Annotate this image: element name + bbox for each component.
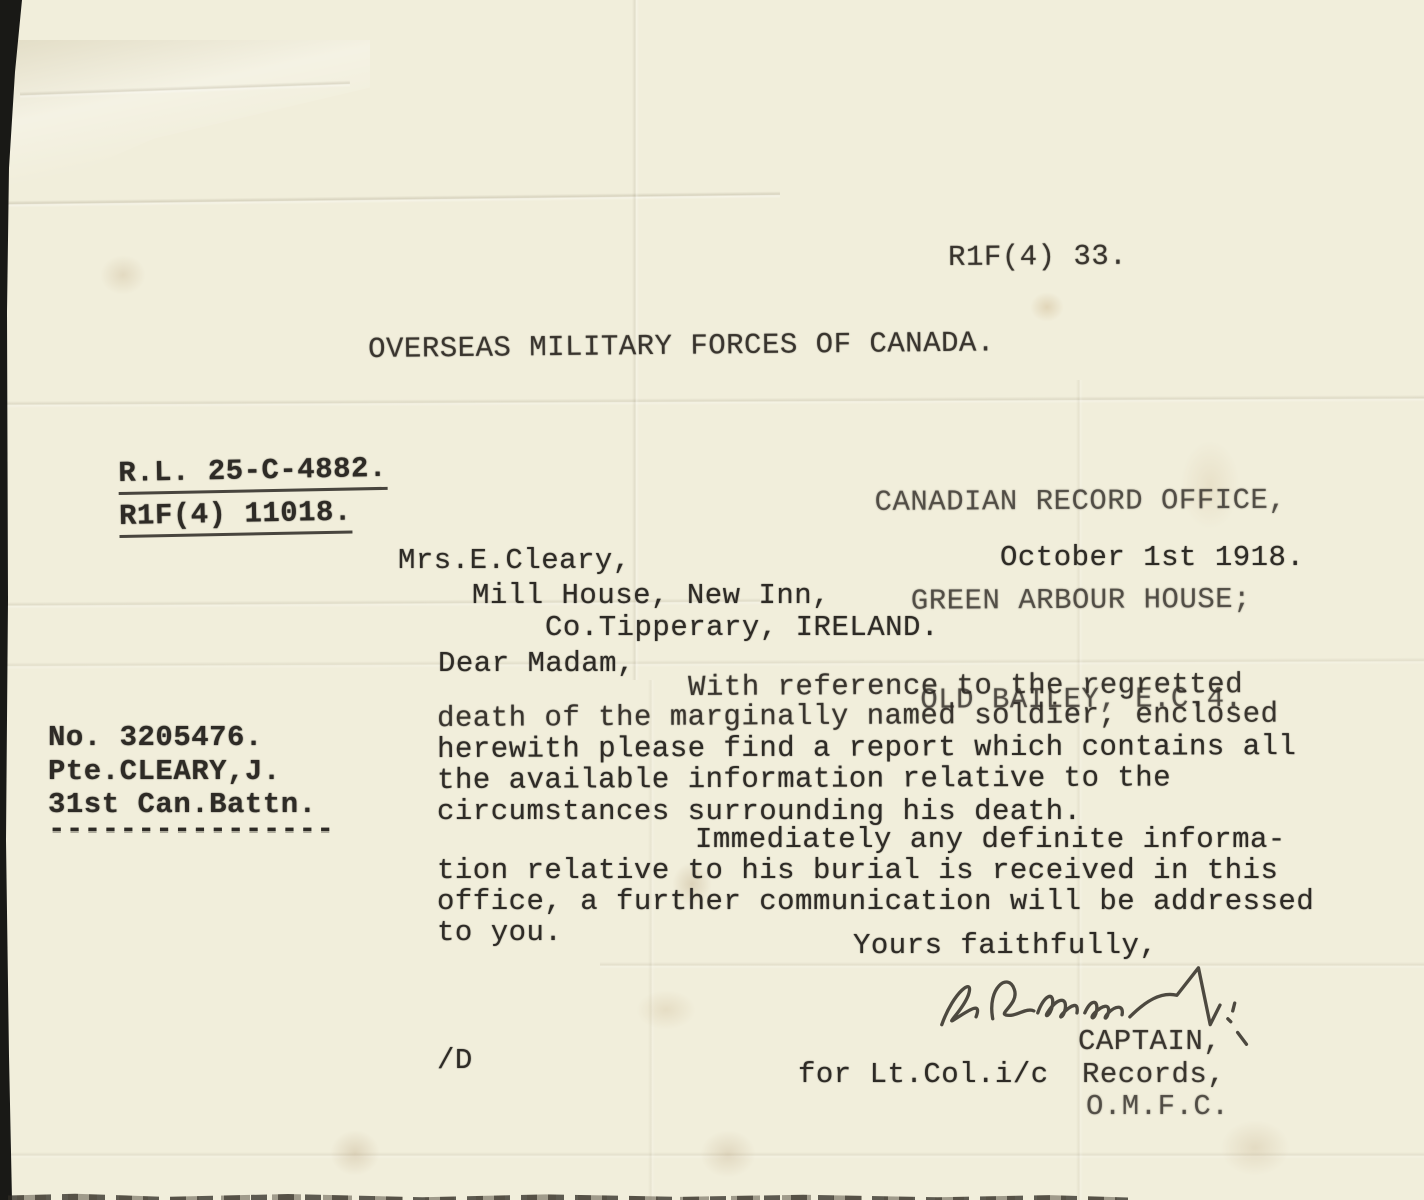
margin-note-separator-dashes: ---------------- [48, 814, 334, 845]
body-p2-line2: tion relative to his burial is received … [437, 855, 1278, 886]
soldier-margin-note: No. 3205476. Pte.CLEARY,J. 31st Can.Batt… [48, 722, 334, 845]
letterhead-title: OVERSEAS MILITARY FORCES OF CANADA. [368, 327, 995, 365]
stain-4 [636, 990, 696, 1030]
stain-5 [330, 1130, 380, 1176]
stain-7 [1220, 1120, 1290, 1176]
office-address-line1: CANADIAN RECORD OFFICE, [860, 484, 1300, 519]
corner-fold-shading [10, 40, 370, 210]
body-p1-line3: herewith please find a report which cont… [437, 731, 1296, 765]
file-reference-line1: R.L. 25-C-4882. [118, 453, 387, 495]
recipient-line3: Co.Tipperary, IRELAND. [545, 612, 939, 643]
scanned-letter-page: R1F(4) 33. OVERSEAS MILITARY FORCES OF C… [0, 0, 1424, 1200]
body-p2-line1: Immediately any definite informa- [695, 824, 1286, 855]
signer-organization: O.M.F.C. [1086, 1091, 1229, 1122]
soldier-number: No. 3205476. [48, 722, 334, 753]
letter-date: October 1st 1918. [1000, 542, 1304, 573]
signed-for-line: for Lt.Col.i/c [798, 1059, 1049, 1090]
cutoff-next-line-text-edge [8, 1193, 1128, 1200]
crease-horizontal-2 [0, 395, 1424, 408]
body-p2-line3: office, a further communication will be … [437, 886, 1314, 917]
body-p1-line2: death of the marginally named soldier, e… [437, 699, 1279, 734]
signer-rank: CAPTAIN, [1078, 1026, 1221, 1057]
stain-1 [1030, 292, 1064, 322]
recipient-line1: Mrs.E.Cleary, [398, 545, 631, 576]
file-reference-block: R.L. 25-C-4882. R1F(4) 11018. [118, 453, 388, 538]
salutation: Dear Madam, [438, 648, 635, 679]
typist-initials-mark: /D [437, 1045, 473, 1076]
stain-6 [700, 1130, 756, 1178]
closing-valediction: Yours faithfully, [853, 930, 1157, 961]
top-reference-number: R1F(4) 33. [948, 241, 1127, 273]
body-p2-line4: to you. [437, 917, 562, 948]
soldier-name: Pte.CLEARY,J. [48, 756, 334, 787]
file-reference-line2: R1F(4) 11018. [119, 497, 352, 538]
recipient-line2: Mill House, New Inn, [472, 580, 830, 611]
signer-records: Records, [1082, 1059, 1225, 1090]
crease-horizontal-1 [0, 191, 780, 208]
stain-2 [100, 255, 146, 295]
body-p1-line4: the available information relative to th… [437, 762, 1171, 796]
